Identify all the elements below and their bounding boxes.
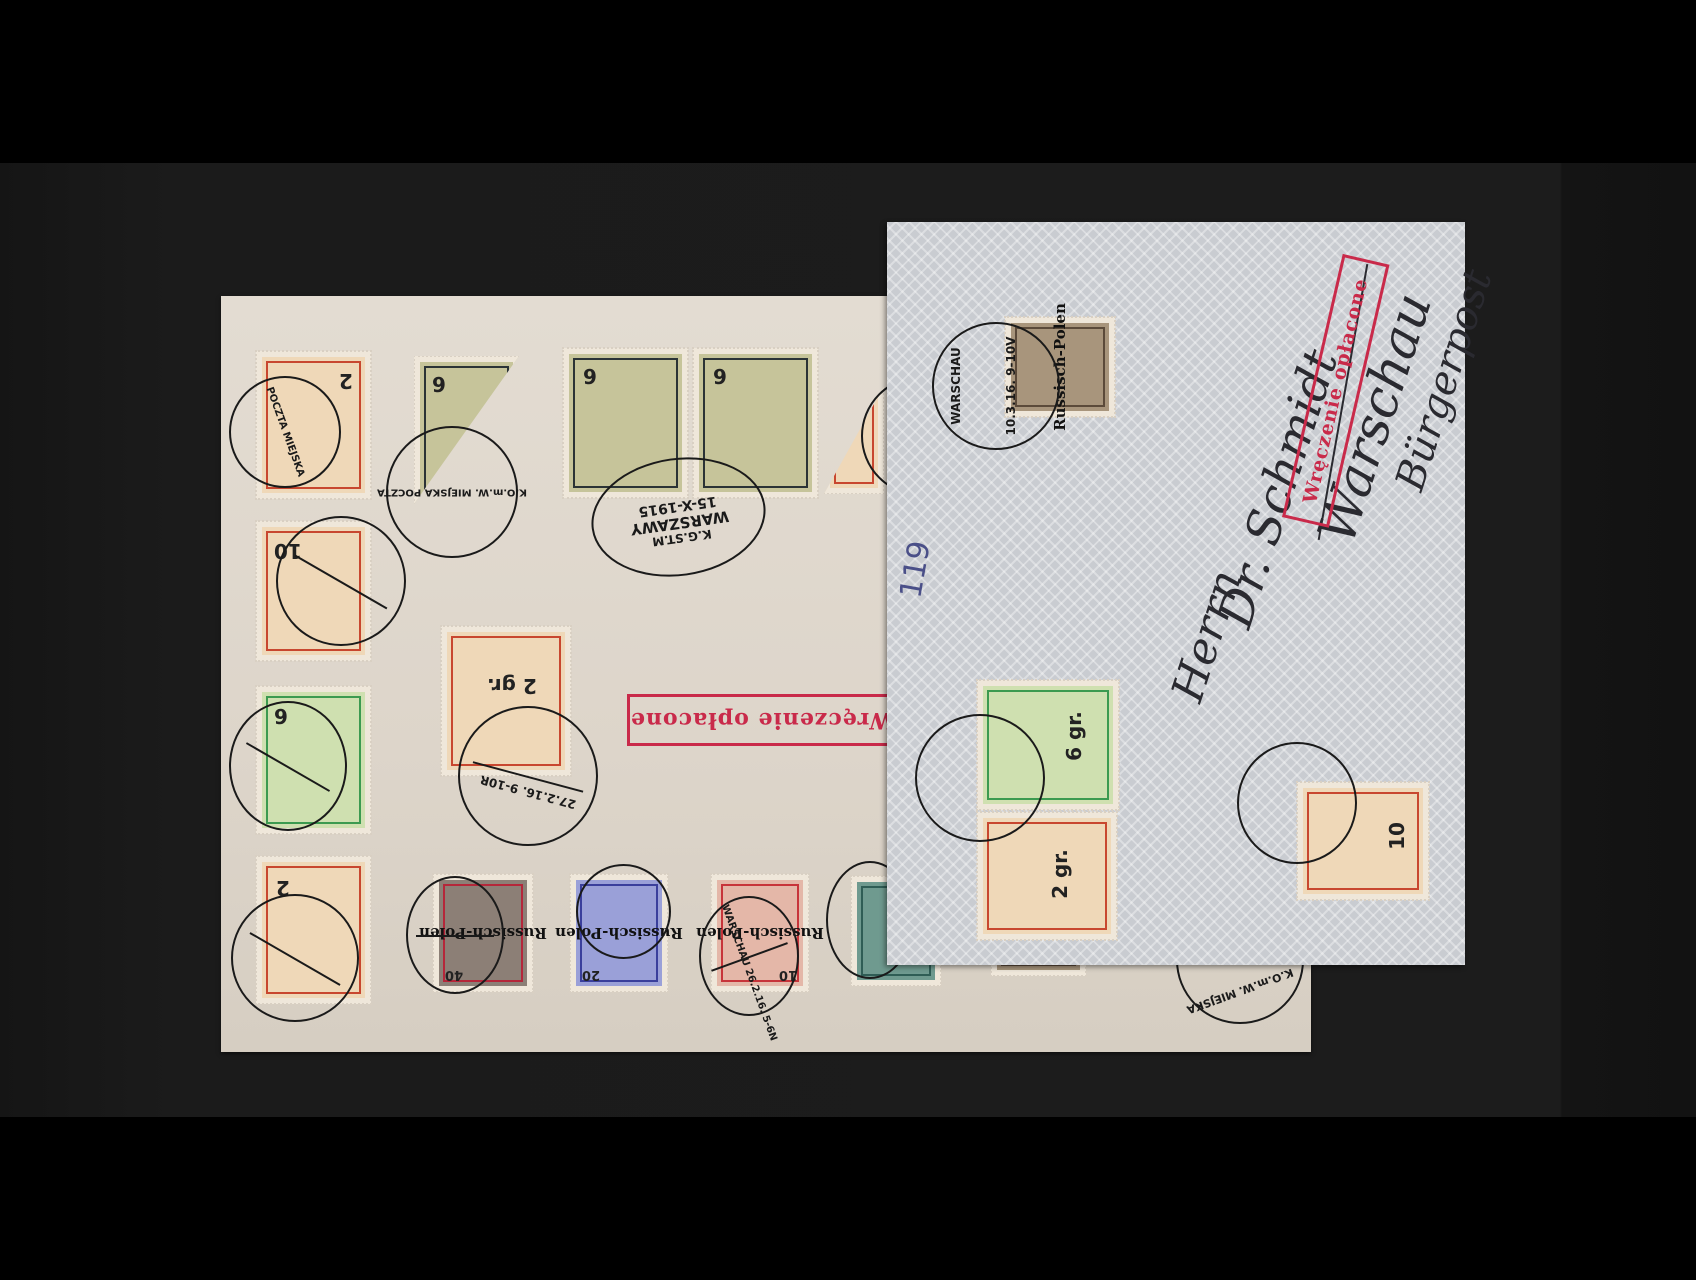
postmark-warschau bbox=[576, 864, 671, 959]
cachet-wreczenie-oplacone: Wręczenie opłacone bbox=[627, 694, 897, 746]
postmark-kmw: K.O.m.W. MIEJSKA POCZTA bbox=[386, 426, 518, 558]
postmark-warschau bbox=[406, 876, 504, 994]
postmark-kmstw bbox=[915, 714, 1045, 842]
postmark-warschau-26-2-16: WARSCHAU 26.2.16. 5-6N bbox=[699, 896, 799, 1016]
postmark-poczta-miejska: POCZTA MIEJSKA bbox=[229, 376, 341, 488]
postmark-27-2-16: 27.2.16. 9-10R bbox=[458, 706, 598, 846]
top-black-band bbox=[0, 0, 1696, 163]
postmark-kmstw-miejska bbox=[1237, 742, 1357, 864]
postmark-kmstw bbox=[229, 701, 347, 831]
bottom-black-band bbox=[0, 1117, 1696, 1280]
right-cover: Russisch-Polen 6 gr. 2 gr. 10 WARSCHAU 1… bbox=[887, 222, 1465, 965]
postmark-kmstw bbox=[231, 894, 359, 1022]
postmark-poczta-miejska bbox=[276, 516, 406, 646]
postmark-warschau-10-3-16: WARSCHAU 10.3.16. 9-10V bbox=[932, 322, 1060, 450]
pencil-note: 119 bbox=[893, 538, 937, 600]
